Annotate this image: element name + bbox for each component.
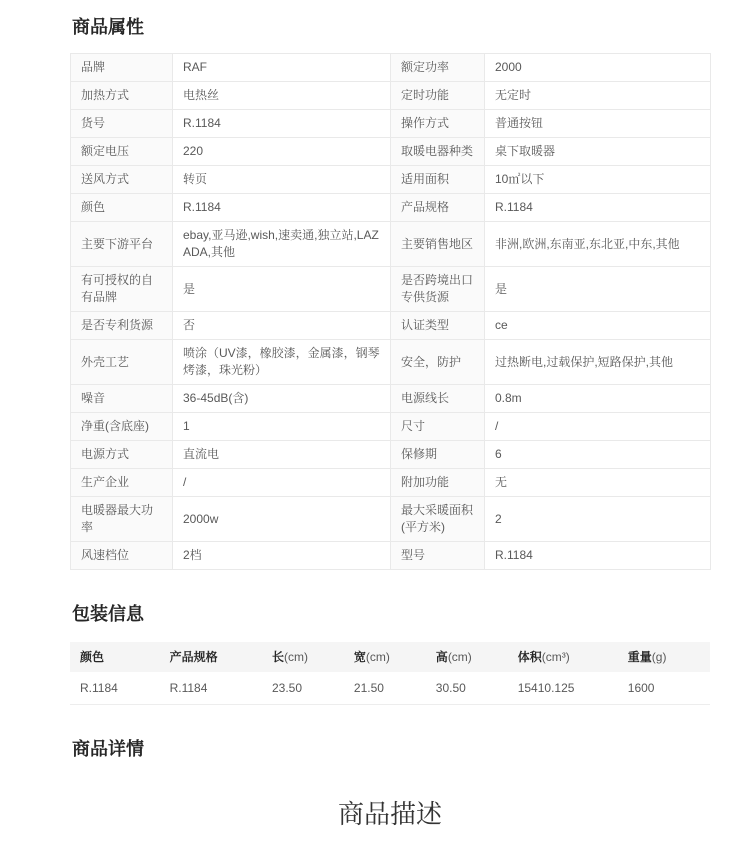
attr-value: 10㎡以下 (485, 166, 711, 194)
packaging-section-title: 包装信息 (72, 603, 710, 625)
table-row: 主要下游平台 ebay,亚马逊,wish,速卖通,独立站,LAZADA,其他 主… (71, 222, 711, 267)
attr-label: 生产企业 (71, 469, 173, 497)
attr-value: 是 (173, 267, 391, 312)
attr-value: R.1184 (485, 194, 711, 222)
table-row: 有可授权的自有品牌 是 是否跨境出口专供货源 是 (71, 267, 711, 312)
attr-value: R.1184 (173, 110, 391, 138)
header-text: 长 (272, 650, 284, 664)
attr-value: 喷涂（UV漆，橡胶漆，金属漆，钢琴烤漆，珠光粉） (173, 340, 391, 385)
attr-label: 外壳工艺 (71, 340, 173, 385)
header-text: 宽 (354, 650, 366, 664)
header-text: 高 (436, 650, 448, 664)
attr-label: 取暖电器种类 (391, 138, 485, 166)
attr-label: 安全，防护 (391, 340, 485, 385)
attr-value: 是 (485, 267, 711, 312)
attr-value: ce (485, 312, 711, 340)
attr-label: 电源方式 (71, 441, 173, 469)
attr-label: 额定电压 (71, 138, 173, 166)
table-row: 电源方式 直流电 保修期 6 (71, 441, 711, 469)
attr-label: 电源线长 (391, 385, 485, 413)
table-row: 额定电压 220 取暖电器种类 桌下取暖器 (71, 138, 711, 166)
attr-label: 颜色 (71, 194, 173, 222)
attr-value: 6 (485, 441, 711, 469)
attr-value: 0.8m (485, 385, 711, 413)
attr-value: 2 (485, 497, 711, 542)
header-text: 体积 (518, 650, 542, 664)
details-section-title: 商品详情 (72, 738, 710, 760)
attr-value: 否 (173, 312, 391, 340)
details-section: 商品详情 商品描述 (70, 738, 710, 830)
attr-label: 有可授权的自有品牌 (71, 267, 173, 312)
header-unit: (cm) (448, 650, 472, 664)
header-text: 产品规格 (170, 650, 218, 664)
table-row: 品牌 RAF 额定功率 2000 (71, 54, 711, 82)
table-row: 送风方式 转页 适用面积 10㎡以下 (71, 166, 711, 194)
packaging-value-color: R.1184 (70, 672, 160, 705)
attr-value: 转页 (173, 166, 391, 194)
attr-label: 品牌 (71, 54, 173, 82)
attr-value: RAF (173, 54, 391, 82)
attr-value: 电热丝 (173, 82, 391, 110)
attr-value: / (173, 469, 391, 497)
attr-value: 无定时 (485, 82, 711, 110)
attr-label: 保修期 (391, 441, 485, 469)
attr-value: 直流电 (173, 441, 391, 469)
table-row: 净重(含底座) 1 尺寸 / (71, 413, 711, 441)
attr-value: 2000 (485, 54, 711, 82)
attributes-table: 品牌 RAF 额定功率 2000 加热方式 电热丝 定时功能 无定时 货号 R.… (70, 53, 711, 570)
table-row: 噪音 36-45dB(含) 电源线长 0.8m (71, 385, 711, 413)
header-text: 颜色 (80, 650, 104, 664)
product-description-heading: 商品描述 (70, 798, 710, 830)
packaging-section: 包装信息 颜色 产品规格 长(cm) 宽(cm) 高(cm) 体积(cm³) 重… (70, 603, 710, 705)
attr-value: 220 (173, 138, 391, 166)
attr-label: 是否专利货源 (71, 312, 173, 340)
table-row: R.1184 R.1184 23.50 21.50 30.50 15410.12… (70, 672, 710, 705)
attr-label: 额定功率 (391, 54, 485, 82)
table-row: 货号 R.1184 操作方式 普通按钮 (71, 110, 711, 138)
packaging-header-color: 颜色 (70, 642, 160, 672)
attr-value: 普通按钮 (485, 110, 711, 138)
attr-label: 噪音 (71, 385, 173, 413)
attr-label: 型号 (391, 542, 485, 570)
table-header-row: 颜色 产品规格 长(cm) 宽(cm) 高(cm) 体积(cm³) 重量(g) (70, 642, 710, 672)
packaging-value-volume: 15410.125 (508, 672, 618, 705)
header-unit: (cm) (284, 650, 308, 664)
header-text: 重量 (628, 650, 652, 664)
packaging-header-volume: 体积(cm³) (508, 642, 618, 672)
packaging-value-height: 30.50 (426, 672, 508, 705)
attr-label: 认证类型 (391, 312, 485, 340)
packaging-header-weight: 重量(g) (618, 642, 710, 672)
table-row: 颜色 R.1184 产品规格 R.1184 (71, 194, 711, 222)
header-unit: (g) (652, 650, 667, 664)
attr-value: 36-45dB(含) (173, 385, 391, 413)
packaging-header-spec: 产品规格 (160, 642, 262, 672)
attributes-section: 商品属性 品牌 RAF 额定功率 2000 加热方式 电热丝 定时功能 无定时 (70, 16, 710, 570)
attributes-section-title: 商品属性 (72, 16, 710, 38)
attr-label: 送风方式 (71, 166, 173, 194)
attr-label: 尺寸 (391, 413, 485, 441)
attr-label: 风速档位 (71, 542, 173, 570)
packaging-header-width: 宽(cm) (344, 642, 426, 672)
attr-label: 是否跨境出口专供货源 (391, 267, 485, 312)
packaging-header-height: 高(cm) (426, 642, 508, 672)
attr-label: 加热方式 (71, 82, 173, 110)
packaging-value-spec: R.1184 (160, 672, 262, 705)
attr-label: 适用面积 (391, 166, 485, 194)
attr-value: 1 (173, 413, 391, 441)
attr-value: 2档 (173, 542, 391, 570)
attr-label: 操作方式 (391, 110, 485, 138)
attr-label: 产品规格 (391, 194, 485, 222)
packaging-header-length: 长(cm) (262, 642, 344, 672)
table-row: 电暖器最大功率 2000w 最大采暖面积(平方米) 2 (71, 497, 711, 542)
attr-label: 主要销售地区 (391, 222, 485, 267)
attr-value: 无 (485, 469, 711, 497)
attr-label: 定时功能 (391, 82, 485, 110)
packaging-table: 颜色 产品规格 长(cm) 宽(cm) 高(cm) 体积(cm³) 重量(g) … (70, 642, 710, 705)
product-detail-page: 商品属性 品牌 RAF 额定功率 2000 加热方式 电热丝 定时功能 无定时 (70, 0, 710, 854)
attr-value: 非洲,欧洲,东南亚,东北亚,中东,其他 (485, 222, 711, 267)
table-row: 是否专利货源 否 认证类型 ce (71, 312, 711, 340)
packaging-value-length: 23.50 (262, 672, 344, 705)
attr-label: 净重(含底座) (71, 413, 173, 441)
attr-value: 桌下取暖器 (485, 138, 711, 166)
header-unit: (cm³) (542, 650, 570, 664)
attr-label: 货号 (71, 110, 173, 138)
attr-value: 2000w (173, 497, 391, 542)
attr-value: / (485, 413, 711, 441)
attr-label: 最大采暖面积(平方米) (391, 497, 485, 542)
attr-value: 过热断电,过载保护,短路保护,其他 (485, 340, 711, 385)
packaging-value-width: 21.50 (344, 672, 426, 705)
attr-label: 电暖器最大功率 (71, 497, 173, 542)
table-row: 风速档位 2档 型号 R.1184 (71, 542, 711, 570)
packaging-value-weight: 1600 (618, 672, 710, 705)
attr-value: R.1184 (173, 194, 391, 222)
header-unit: (cm) (366, 650, 390, 664)
table-row: 生产企业 / 附加功能 无 (71, 469, 711, 497)
attr-label: 附加功能 (391, 469, 485, 497)
attr-value: ebay,亚马逊,wish,速卖通,独立站,LAZADA,其他 (173, 222, 391, 267)
table-row: 外壳工艺 喷涂（UV漆，橡胶漆，金属漆，钢琴烤漆，珠光粉） 安全，防护 过热断电… (71, 340, 711, 385)
attr-value: R.1184 (485, 542, 711, 570)
table-row: 加热方式 电热丝 定时功能 无定时 (71, 82, 711, 110)
attr-label: 主要下游平台 (71, 222, 173, 267)
